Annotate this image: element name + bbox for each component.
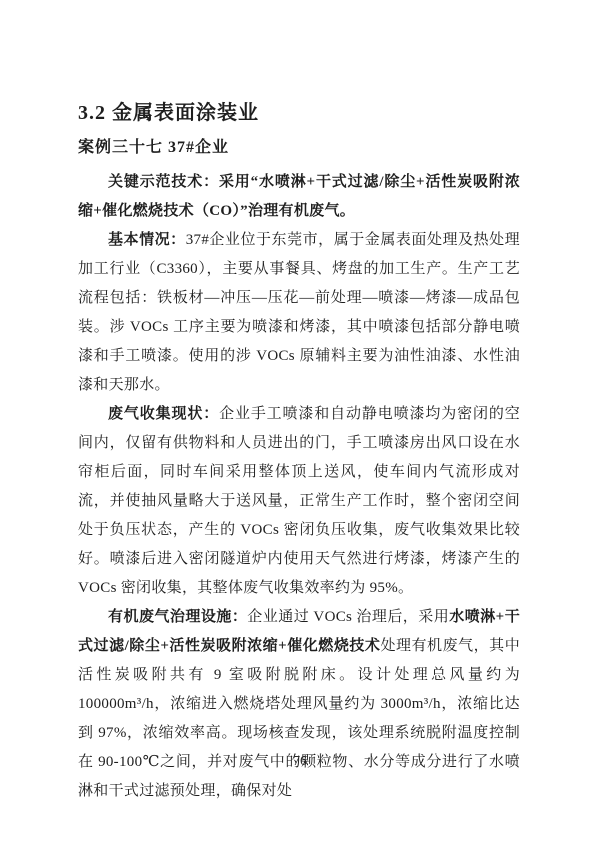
paragraph-key-tech: 关键示范技术：采用“水喷淋+干式过滤/除尘+活性炭吸附浓缩+催化燃烧技术（CO）… <box>78 168 520 226</box>
gas-collection-text: 企业手工喷漆和自动静电喷漆均为密闭的空间内，仅留有供物料和人员进出的门，手工喷漆… <box>78 406 520 596</box>
document-page: 3.2 金属表面涂装业 案例三十七 37#企业 关键示范技术：采用“水喷淋+干式… <box>0 0 600 848</box>
document-content: 3.2 金属表面涂装业 案例三十七 37#企业 关键示范技术：采用“水喷淋+干式… <box>78 100 520 806</box>
paragraph-gas-collection: 废气收集现状：企业手工喷漆和自动静电喷漆均为密闭的空间内，仅留有供物料和人员进出… <box>78 400 520 603</box>
paragraph-treatment-facility: 有机废气治理设施：企业通过 VOCs 治理后，采用水喷淋+干式过滤/除尘+活性炭… <box>78 603 520 806</box>
key-tech-label: 关键示范技术： <box>108 174 219 190</box>
page-number: 76 <box>0 754 600 770</box>
treatment-rest-text: 处理有机废气，其中活性炭吸附共有 9 室吸附脱附床。设计处理总风量约为 1000… <box>78 638 520 799</box>
treatment-lead-text: 企业通过 VOCs 治理后，采用 <box>247 609 449 625</box>
section-title: 3.2 金属表面涂装业 <box>78 100 520 127</box>
gas-collection-label: 废气收集现状： <box>108 406 219 422</box>
paragraph-basic-info: 基本情况：37#企业位于东莞市，属于金属表面处理及热处理加工行业（C3360），… <box>78 226 520 400</box>
treatment-label: 有机废气治理设施： <box>108 609 247 625</box>
case-title: 案例三十七 37#企业 <box>78 136 520 159</box>
basic-info-text: 37#企业位于东莞市，属于金属表面处理及热处理加工行业（C3360），主要从事餐… <box>78 232 520 393</box>
basic-info-label: 基本情况： <box>108 232 186 248</box>
